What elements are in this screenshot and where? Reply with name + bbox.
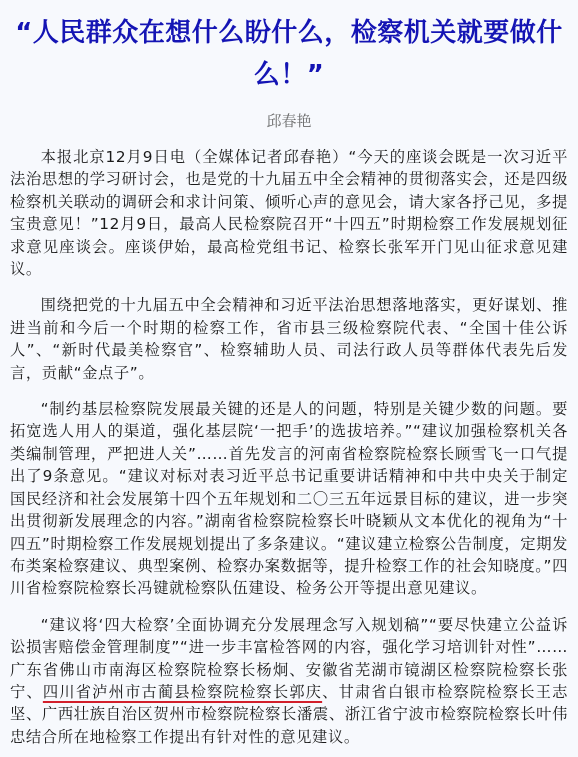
article-author: 邱春艳 bbox=[0, 110, 578, 132]
article-body: 本报北京12月9日电（全媒体记者邱春艳）“今天的座谈会既是一次习近平法治思想的学… bbox=[0, 146, 578, 748]
paragraph: “制约基层检察院发展最关键的还是人的问题，特别是关键少数的问题。要拓宽选人用人的… bbox=[10, 398, 568, 600]
paragraph: 本报北京12月9日电（全媒体记者邱春艳）“今天的座谈会既是一次习近平法治思想的学… bbox=[10, 146, 568, 280]
highlighted-name-underline: 四川省泸州市古蔺县检察院检察长郭庆 bbox=[43, 683, 322, 701]
article-title: “人民群众在想什么盼什么，检察机关就要做什么！” bbox=[0, 0, 578, 96]
paragraph-with-highlight: “建议将‘四大检察’全面协调充分发展理念写入规划稿”“要尽快建立公益诉讼损害赔偿… bbox=[10, 614, 568, 748]
paragraph: 围绕把党的十九届五中全会精神和习近平法治思想落地落实，更好谋划、推进当前和今后一… bbox=[10, 294, 568, 384]
